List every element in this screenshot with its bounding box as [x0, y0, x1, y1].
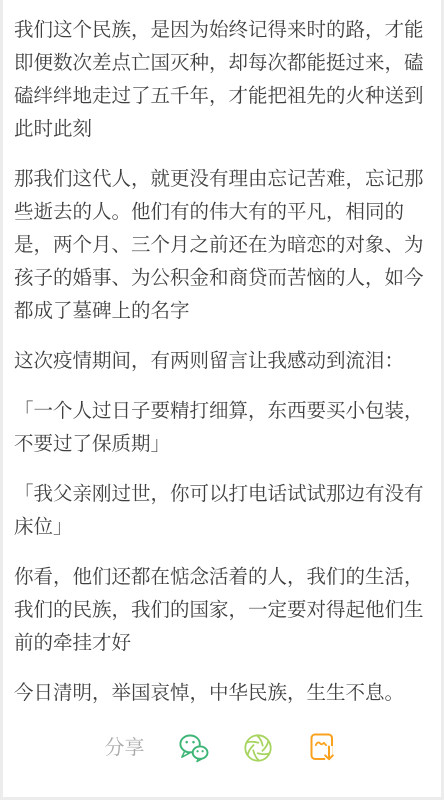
share-label: 分享 — [105, 738, 145, 758]
paragraph: 你看，他们还都在惦念活着的人，我们的生活，我们的民族，我们的国家，一定要对得起他… — [14, 561, 431, 660]
paragraph: 这次疫情期间，有两则留言让我感动到流泪： — [14, 345, 431, 378]
wechat-share-button[interactable] — [177, 732, 210, 765]
moments-share-button[interactable] — [242, 732, 275, 765]
save-image-button[interactable] — [307, 732, 340, 765]
paragraph: 「我父亲刚过世，你可以打电话试试那边有没有床位」 — [14, 478, 431, 544]
share-bar: 分享 — [3, 726, 441, 770]
article-content: 我们这个民族，是因为始终记得来时的路，才能即便数次差点亡国灭种，却每次都能挺过来… — [3, 0, 441, 710]
paragraph: 今日清明，举国哀悼，中华民族，生生不息。 — [14, 677, 431, 710]
save-image-icon — [309, 732, 337, 764]
paragraph: 那我们这代人，就更没有理由忘记苦难，忘记那些逝去的人。他们有的伟大有的平凡，相同… — [14, 163, 431, 328]
paragraph: 「一个人过日子要精打细算，东西要买小包装，不要过了保质期」 — [14, 395, 431, 461]
paragraph: 我们这个民族，是因为始终记得来时的路，才能即便数次差点亡国灭种，却每次都能挺过来… — [14, 14, 431, 146]
wechat-icon — [177, 733, 210, 763]
wechat-moments-icon — [243, 733, 273, 763]
article-card: 我们这个民族，是因为始终记得来时的路，才能即便数次差点亡国灭种，却每次都能挺过来… — [3, 0, 441, 797]
